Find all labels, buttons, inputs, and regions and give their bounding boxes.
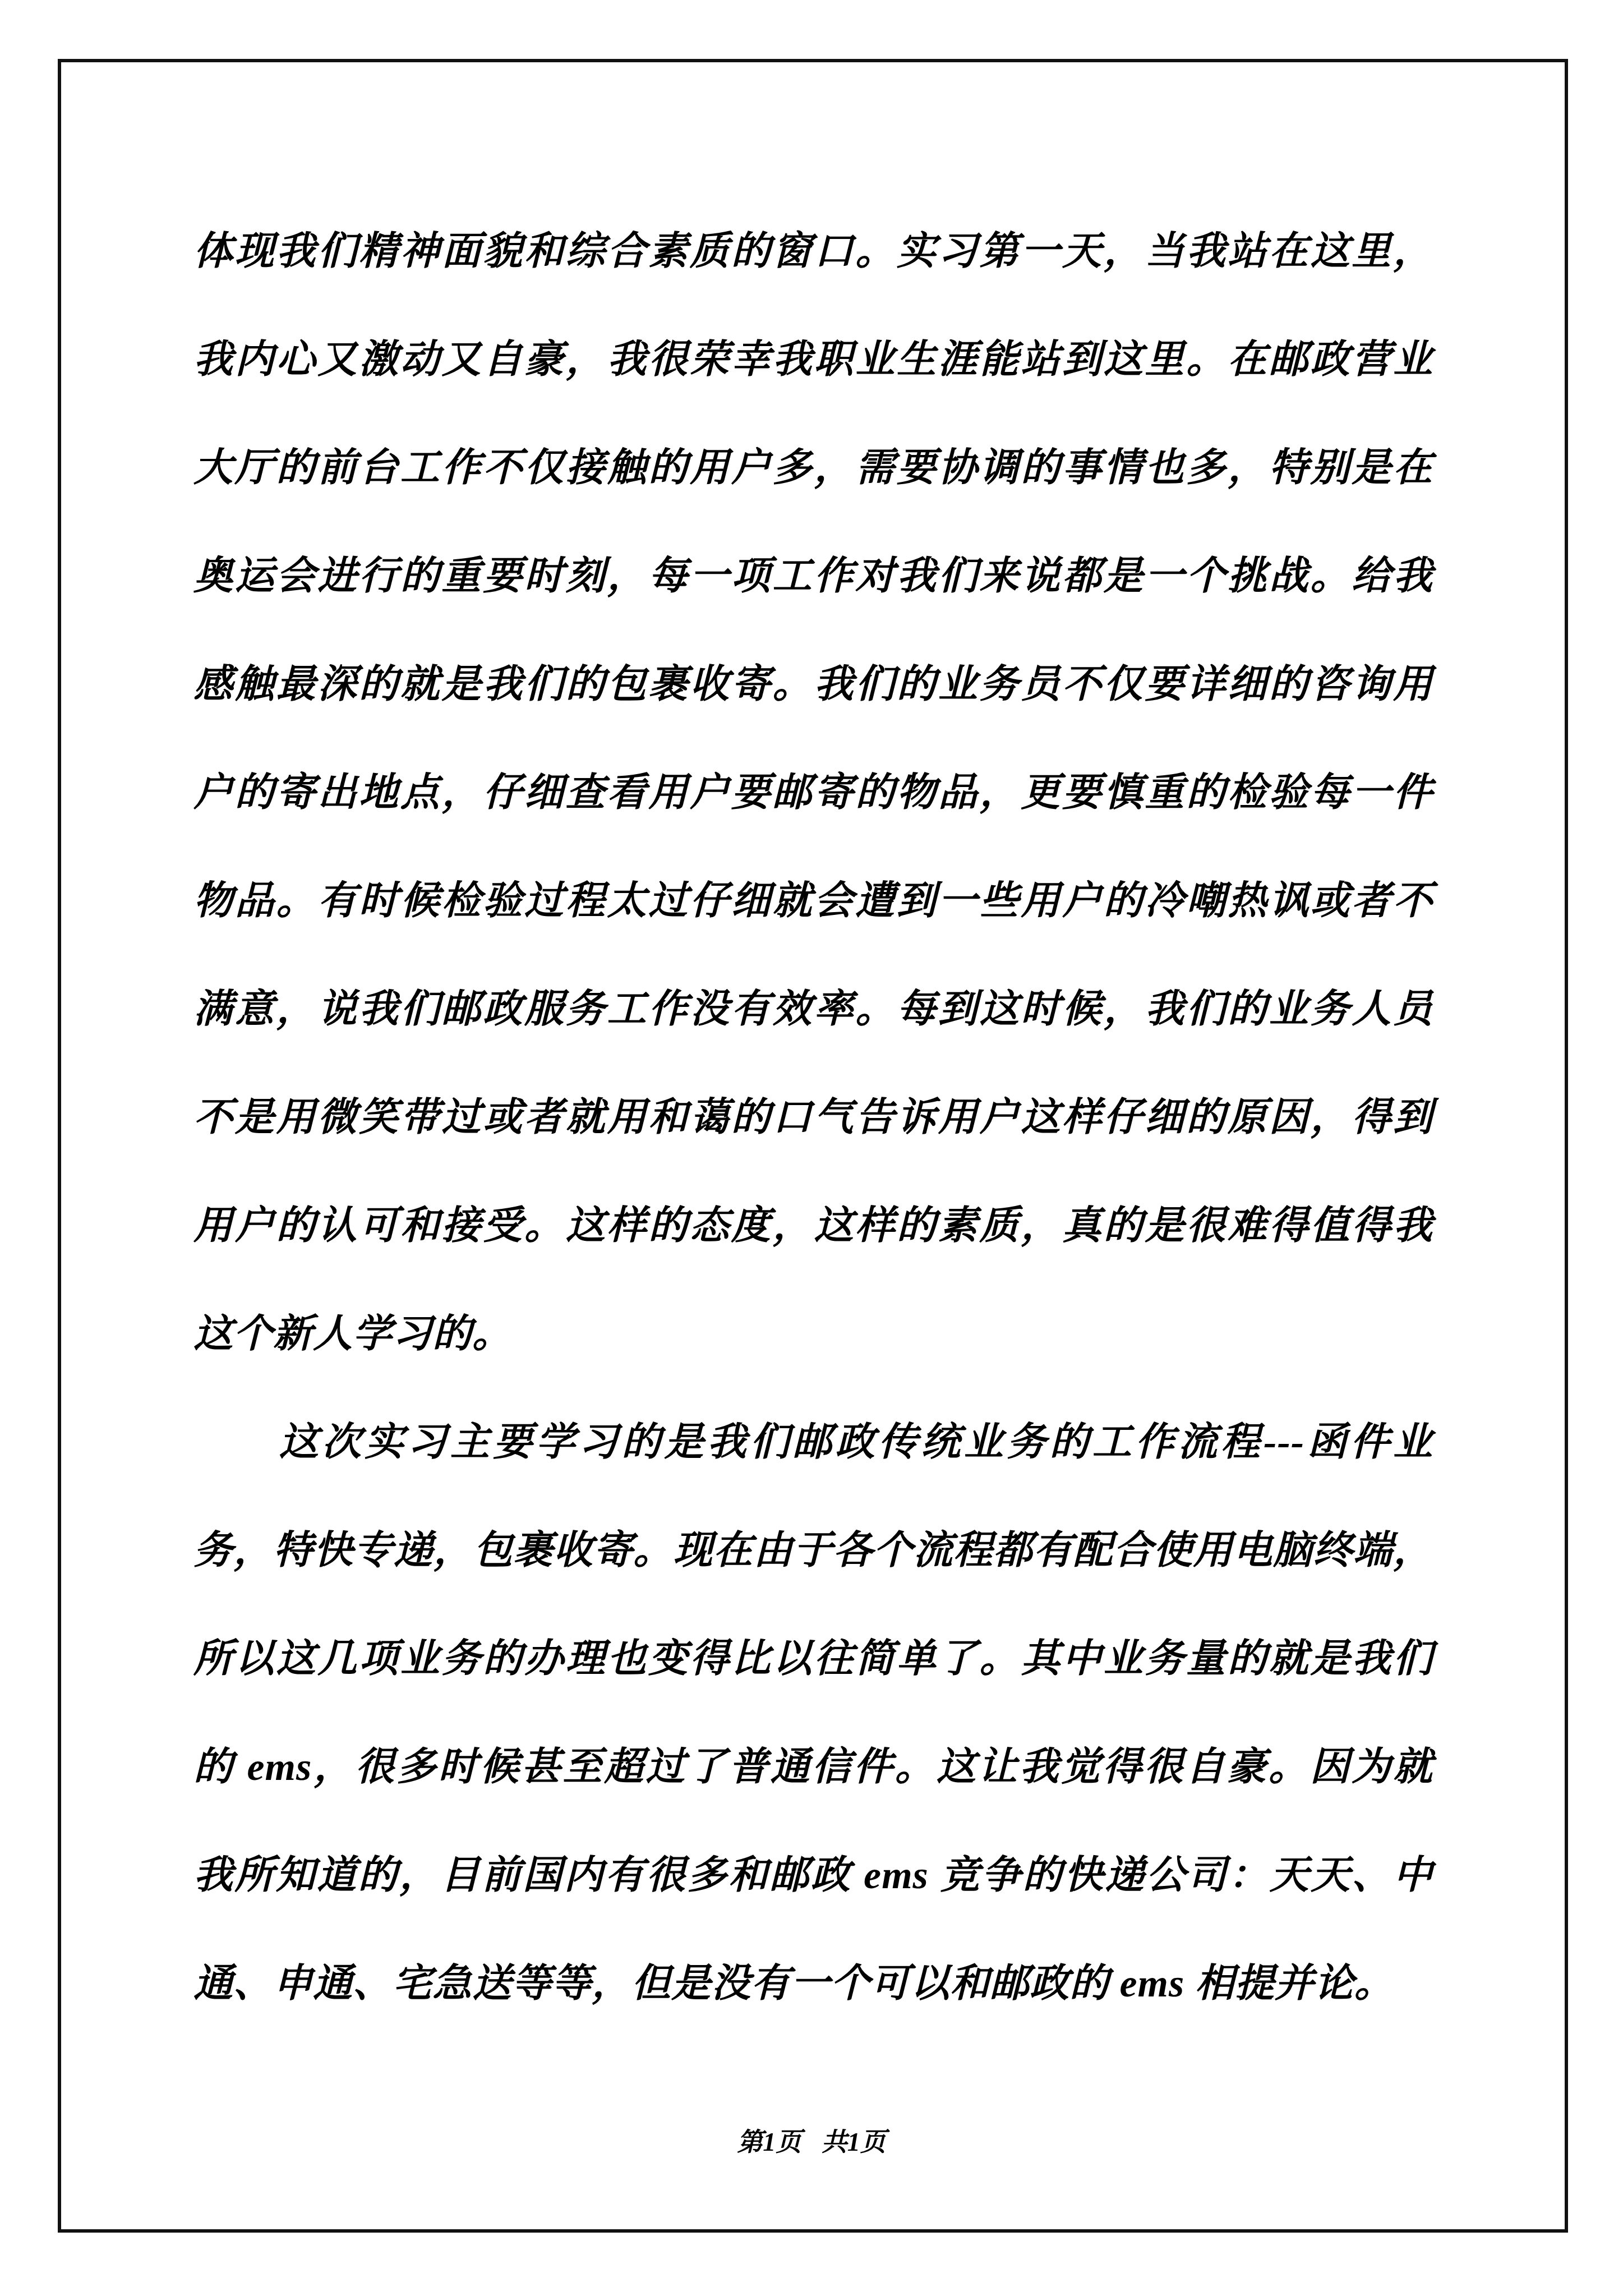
text-line: 我所知道的，目前国内有很多和邮政 ems 竞争的快递公司：天天、中 [193,1821,1433,1930]
page-number-label: 第1页 [737,2128,801,2156]
body-text: 体现我们精神面貌和综合素质的窗口。实习第一天，当我站在这里，我内心又激动又自豪，… [193,197,1433,2038]
text-line: 我内心又激动又自豪，我很荣幸我职业生涯能站到这里。在邮政营业 [193,306,1433,414]
text-line: 用户的认可和接受。这样的态度，这样的素质，真的是很难得值得我 [193,1172,1433,1280]
text-line: 务，特快专递，包裹收寄。现在由于各个流程都有配合使用电脑终端， [193,1497,1433,1605]
text-line: 所以这几项业务的办理也变得比以往简单了。其中业务量的就是我们 [193,1605,1433,1713]
text-line: 这个新人学习的。 [193,1280,1433,1388]
page-total-label: 共1页 [822,2128,886,2156]
document-page: 体现我们精神面貌和综合素质的窗口。实习第一天，当我站在这里，我内心又激动又自豪，… [0,0,1623,2296]
text-line: 满意，说我们邮政服务工作没有效率。每到这时候，我们的业务人员 [193,955,1433,1064]
page-footer: 第1页 共1页 [0,2122,1623,2159]
text-line: 通、申通、宅急送等等，但是没有一个可以和邮政的 ems 相提并论。 [193,1930,1433,2038]
text-line: 这次实习主要学习的是我们邮政传统业务的工作流程---函件业 [193,1388,1433,1497]
text-line: 物品。有时候检验过程太过仔细就会遭到一些用户的冷嘲热讽或者不 [193,847,1433,955]
text-line: 体现我们精神面貌和综合素质的窗口。实习第一天，当我站在这里， [193,197,1433,306]
text-line: 不是用微笑带过或者就用和蔼的口气告诉用户这样仔细的原因，得到 [193,1064,1433,1172]
text-line: 户的寄出地点，仔细查看用户要邮寄的物品，更要慎重的检验每一件 [193,739,1433,847]
text-line: 的 ems，很多时候甚至超过了普通信件。这让我觉得很自豪。因为就 [193,1713,1433,1821]
text-line: 奥运会进行的重要时刻，每一项工作对我们来说都是一个挑战。给我 [193,522,1433,631]
text-line: 感触最深的就是我们的包裹收寄。我们的业务员不仅要详细的咨询用 [193,631,1433,739]
text-line: 大厅的前台工作不仅接触的用户多，需要协调的事情也多，特别是在 [193,414,1433,522]
